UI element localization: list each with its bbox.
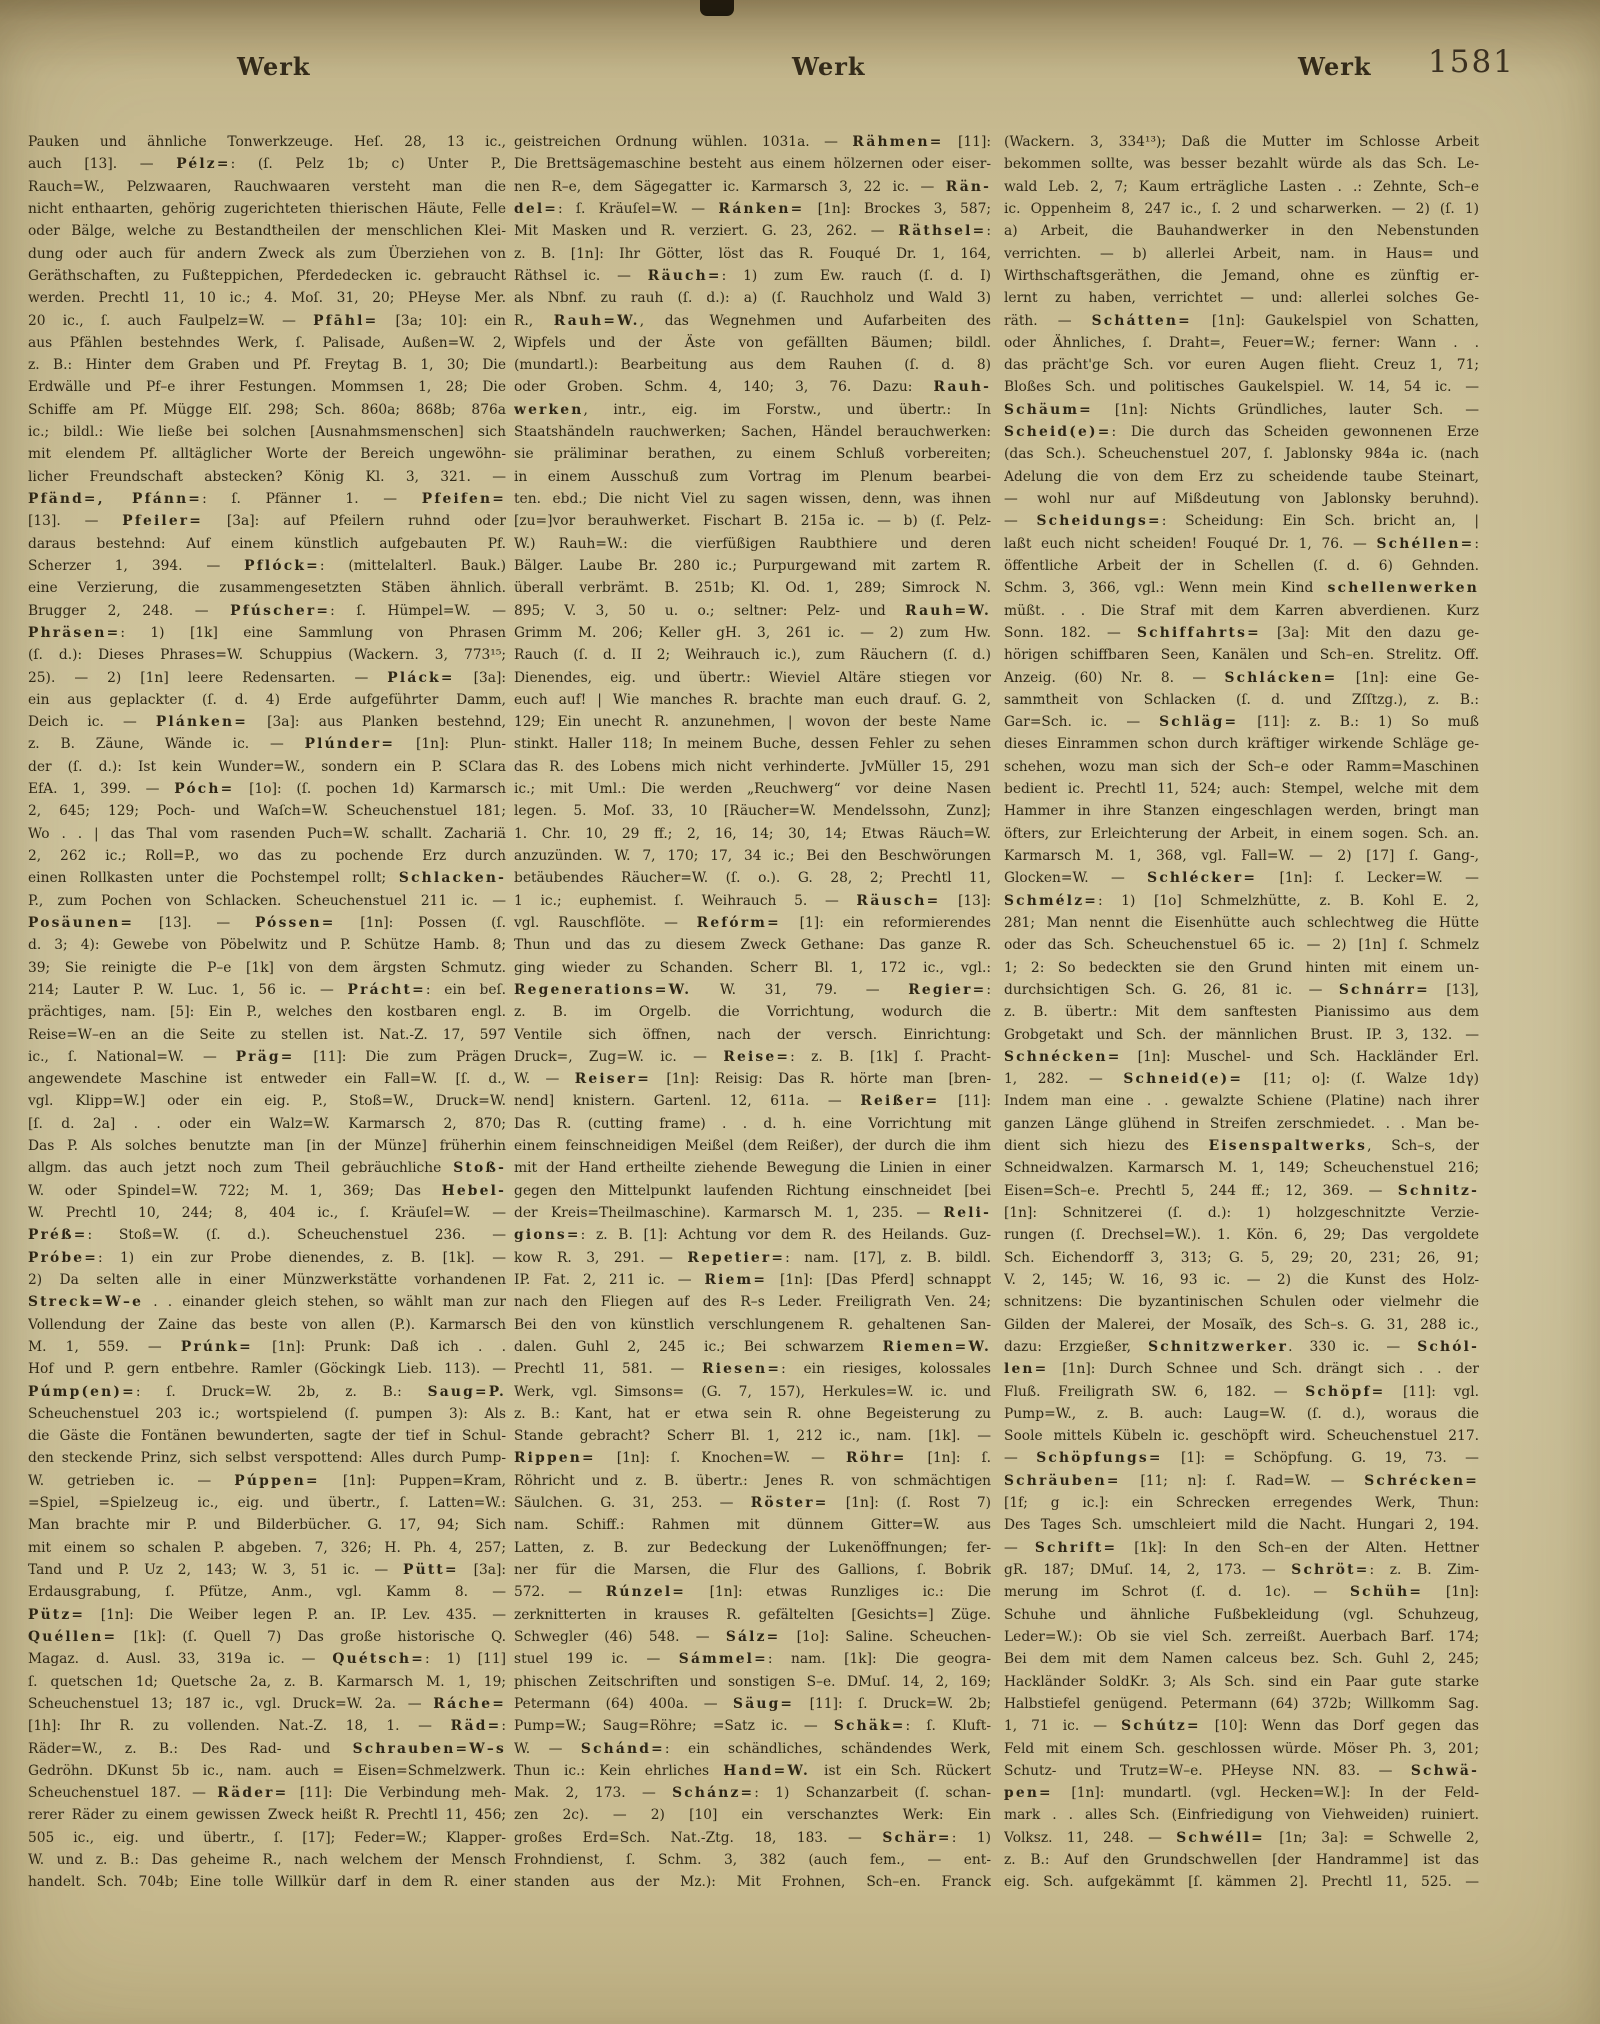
text-line: ging wieder zu Schanden. Scherr Bl. 1, 1…: [514, 957, 991, 979]
text-line: Eisen=Sch–e. Prechtl 5, 244 ff.; 12, 369…: [1004, 1180, 1479, 1202]
dictionary-text-block: Pauken und ähnliche Tonwerkzeuge. Heſ. 2…: [0, 0, 1600, 2024]
text-line: Halbstiefel genügend. Petermann (64) 372…: [1004, 1693, 1479, 1715]
text-line: Wo . . | das Thal vom rasenden Puch=W. s…: [28, 823, 506, 845]
text-line: Scheuchenstuel 203 ic.; wortspielend (ſ.…: [28, 1403, 506, 1425]
text-line: zen 2c). — 2) [10] ein verschanztes Werk…: [514, 1804, 991, 1826]
text-line: Schnécken= [1n]: Muschel- und Sch. Hackl…: [1004, 1046, 1479, 1068]
text-line: dalen. Guhl 2, 245 ic.; Bei schwarzem Ri…: [514, 1336, 991, 1358]
text-line: Indem man eine . . gewalzte Schiene (Pla…: [1004, 1090, 1479, 1112]
text-line: Frohndienst, ſ. Schm. 3, 382 (auch fem.,…: [514, 1849, 991, 1871]
text-line: [1n]: Schnitzerei (ſ. d.): 1) holzgeschn…: [1004, 1202, 1479, 1224]
text-line: Schiffe am Pf. Mügge Elſ. 298; Sch. 860a…: [28, 399, 506, 421]
text-line: 2, 645; 129; Poch- und Waſch=W. Scheuche…: [28, 800, 506, 822]
text-line: phischen Zeitschriften und sonstigen S–e…: [514, 1671, 991, 1693]
text-line: ganzen Länge glühend in Streifen zerschm…: [1004, 1113, 1479, 1135]
text-line: Regenerations=W. W. 31, 79. — Regier=:: [514, 979, 991, 1001]
text-line: 25). — 2) [1n] leere Redensarten. — Plác…: [28, 667, 506, 689]
text-line: Räder=W., z. B.: Des Rad- und Schrauben=…: [28, 1738, 506, 1760]
text-line: sie präliminar berathen, zu einem Schluß…: [514, 443, 991, 465]
text-line: Schmélz=: 1) [1o] Schmelzhütte, z. B. Ko…: [1004, 890, 1479, 912]
text-line: W. und z. B.: Das geheime R., nach welch…: [28, 1849, 506, 1871]
text-line: W. Prechtl 10, 244; 8, 404 ic., ſ. Kräuſ…: [28, 1202, 506, 1224]
text-line: rerer Räder zu einem gewissen Zweck heiß…: [28, 1804, 506, 1826]
text-line: der Kreis=Theilmaschine). Karmarsch M. 1…: [514, 1202, 991, 1224]
text-line: oder Groben. Schm. 4, 140; 3, 76. Dazu: …: [514, 376, 991, 398]
text-line: — wohl nur auf Mißdeutung von Jablonsky …: [1004, 488, 1479, 510]
text-line: Anzeig. (60) Nr. 8. — Schlácken= [1n]: e…: [1004, 667, 1479, 689]
text-line: Scherzer 1, 394. — Pflóck=: (mittelalter…: [28, 555, 506, 577]
text-line: z. B.: Kant, hat er etwa sein R. ohne Be…: [514, 1403, 991, 1425]
text-line: V. 2, 145; W. 16, 93 ic. — 2) die Kunst …: [1004, 1269, 1479, 1291]
text-line: das R. des Lobens mich nicht verhinderte…: [514, 756, 991, 778]
text-line: Volksz. 11, 248. — Schwéll= [1n; 3a]: = …: [1004, 1827, 1479, 1849]
text-line: in einem Ausschuß zum Vortrag im Plenum …: [514, 466, 991, 488]
text-line: [13]. — Pfeiler= [3a]: auf Pfeilern ruhn…: [28, 510, 506, 532]
text-line: einem feinschneidigen Meißel (dem Reißer…: [514, 1135, 991, 1157]
text-line: z. B. [1n]: Ihr Götter, löst das R. Fouq…: [514, 243, 991, 265]
text-line: Räthsel ic. — Räuch=: 1) zum Ew. rauch (…: [514, 265, 991, 287]
text-line: ten. ebd.; Die nicht Viel zu sagen wisse…: [514, 488, 991, 510]
text-line: bedient ic. Prechtl 11, 524; auch: Stemp…: [1004, 778, 1479, 800]
text-line: Magaz. d. Ausl. 33, 319a ic. — Quétsch=:…: [28, 1648, 506, 1670]
text-line: ic.; bildl.: Wie ließe bei solchen [Ausn…: [28, 421, 506, 443]
text-line: nend] knistern. Gartenl. 12, 611a. — Rei…: [514, 1090, 991, 1112]
text-line: angewendete Maschine ist entweder ein Fa…: [28, 1068, 506, 1090]
text-line: 1, 282. — Schneid(e)= [11; o]: (ſ. Walze…: [1004, 1068, 1479, 1090]
text-line: Grimm M. 206; Keller gH. 3, 261 ic. — 2)…: [514, 622, 991, 644]
text-line: Púmp(en)=: ſ. Druck=W. 2b, z. B.: Saug=P…: [28, 1381, 506, 1403]
text-line: daraus bestehnd: Auf einem künstlich auf…: [28, 533, 506, 555]
text-line: überall verbrämt. B. 251b; Kl. Od. 1, 28…: [514, 577, 991, 599]
text-line: Hof und P. gern entbehre. Ramler (Göckin…: [28, 1358, 506, 1380]
text-line: Bei dem mit dem Namen calceus bez. Sch. …: [1004, 1648, 1479, 1670]
text-line: Scheuchenstuel 13; 187 ic., vgl. Druck=W…: [28, 1693, 506, 1715]
text-line: W. getrieben ic. — Púppen= [1n]: Puppen=…: [28, 1470, 506, 1492]
text-line: Karmarsch M. 1, 368, vgl. Fall=W. — 2) […: [1004, 845, 1479, 867]
text-line: allgm. das auch jetzt noch zum Theil geb…: [28, 1157, 506, 1179]
text-line: Streck=W–e . . einander gleich stehen, s…: [28, 1291, 506, 1313]
text-line: den steckende Prinz, sich selbst verspot…: [28, 1447, 506, 1469]
text-line: Glocken=W. — Schlécker= [1n]: ſ. Lecker=…: [1004, 867, 1479, 889]
text-line: nach den Fliegen auf des R–s Leder. Frei…: [514, 1291, 991, 1313]
text-line: Erdausgrabung, ſ. Pfütze, Anm., vgl. Kam…: [28, 1581, 506, 1603]
text-line: Tand und P. Uz 2, 143; W. 3, 51 ic. — Pü…: [28, 1559, 506, 1581]
text-line: Man brachte mir P. und Bilderbücher. G. …: [28, 1514, 506, 1536]
text-line: Gedröhn. DKunst 5b ic., nam. auch = Eise…: [28, 1760, 506, 1782]
text-line: Schwegler (46) 548. — Sálz= [1o]: Saline…: [514, 1626, 991, 1648]
text-line: Pütz= [1n]: Die Weiber legen P. an. IP. …: [28, 1604, 506, 1626]
text-line: gR. 187; DMuſ. 14, 2, 173. — Schröt=: z.…: [1004, 1559, 1479, 1581]
text-line: EfA. 1, 399. — Póch= [1o]: (ſ. pochen 1d…: [28, 778, 506, 800]
text-line: Gilden der Malerei, der Mosaïk, des Sch–…: [1004, 1314, 1479, 1336]
text-line: 214; Lauter P. W. Luc. 1, 56 ic. — Prách…: [28, 979, 506, 1001]
text-line: W. — Reiser= [1n]: Reisig: Das R. hörte …: [514, 1068, 991, 1090]
text-line: Adelung die von dem Erz zu scheidende ta…: [1004, 466, 1479, 488]
text-line: laßt euch nicht scheiden! Fouqué Dr. 1, …: [1004, 533, 1479, 555]
text-line: 1. Chr. 10, 29 ff.; 2, 16, 14; 30, 14; E…: [514, 823, 991, 845]
scanned-dictionary-page: Werk Werk Werk 1581 Pauken und ähnliche …: [0, 0, 1600, 2024]
text-line: Reise=W–en an die Seite zu stellen ist. …: [28, 1024, 506, 1046]
text-line: Leder=W.): Ob sie viel Sch. zerreißt. Au…: [1004, 1626, 1479, 1648]
text-line: — Scheidungs=: Scheidung: Ein Sch. brich…: [1004, 510, 1479, 532]
text-line: Pauken und ähnliche Tonwerkzeuge. Heſ. 2…: [28, 131, 506, 153]
text-line: Das P. Als solches benutzte man [in der …: [28, 1135, 506, 1157]
text-line: M. 1, 559. — Prúnk= [1n]: Prunk: Daß ich…: [28, 1336, 506, 1358]
text-line: Posäunen= [13]. — Póssen= [1n]: Possen (…: [28, 912, 506, 934]
text-line: prächtiges, nam. [5]: Ein P., welches de…: [28, 1001, 506, 1023]
text-line: 129; Ein unecht R. anzunehmen, | wovon d…: [514, 711, 991, 733]
text-line: Des Tages Sch. umschleiert mild die Nach…: [1004, 1514, 1479, 1536]
text-line: Hackländer SoldKr. 3; Als Sch. sind ein …: [1004, 1671, 1479, 1693]
text-line: einen Rollkasten unter die Pochstempel r…: [28, 867, 506, 889]
text-line: Wirthschaftsgeräthen, die Jemand, ohne e…: [1004, 265, 1479, 287]
text-line: Grobgetakt und Sch. der männlichen Brust…: [1004, 1024, 1479, 1046]
text-line: nicht enthaarten, gehörig zugerichteten …: [28, 198, 506, 220]
text-line: d. 3; 4): Gewebe von Pöbelwitz und P. Sc…: [28, 934, 506, 956]
text-line: ner für die Marsen, die Flur des Gallion…: [514, 1559, 991, 1581]
text-line: Feld mit einem Sch. geschlossen würde. M…: [1004, 1738, 1479, 1760]
text-line: merung im Schrot (ſ. d. 1c). — Schüh= [1…: [1004, 1581, 1479, 1603]
text-line: 2) Da selten alle in einer Münzwerkstätt…: [28, 1269, 506, 1291]
text-line: dieses Einrammen schon durch kräftiger w…: [1004, 733, 1479, 755]
text-line: durchsichtigen Sch. G. 26, 81 ic. — Schn…: [1004, 979, 1479, 1001]
text-line: großes Erd=Sch. Nat.-Ztg. 18, 183. — Sch…: [514, 1827, 991, 1849]
text-line: gegen den Mittelpunkt laufenden Richtung…: [514, 1180, 991, 1202]
text-line: ſ. quetschen 1d; Quetsche 2a, z. B. Karm…: [28, 1671, 506, 1693]
text-line: Schm. 3, 366, vgl.: Wenn mein Kind schel…: [1004, 577, 1479, 599]
text-line: Wipfels und der Äste von gefällten Bäume…: [514, 332, 991, 354]
text-line: legen. 5. Moſ. 33, 10 [Räucher=W. Mendel…: [514, 800, 991, 822]
text-line: 505 ic., eig. und übertr., ſ. [17]; Fede…: [28, 1827, 506, 1849]
text-line: nam. Schiff.: Rahmen mit dünnem Gitter=W…: [514, 1514, 991, 1536]
text-line: ein aus geplackter (ſ. d. 4) Erde aufgef…: [28, 689, 506, 711]
text-line: R., Rauh=W., das Wegnehmen und Aufarbeit…: [514, 310, 991, 332]
text-line: Röhricht und z. B. übertr.: Jenes R. von…: [514, 1470, 991, 1492]
text-line: aus Pfählen bestehndes Werk, ſ. Palisade…: [28, 332, 506, 354]
text-line: räth. — Schátten= [1n]: Gaukelspiel von …: [1004, 310, 1479, 332]
text-line: Mak. 2, 173. — Schánz=: 1) Schanzarbeit …: [514, 1782, 991, 1804]
text-line: Schuhe und ähnliche Fußbekleidung (vgl. …: [1004, 1604, 1479, 1626]
text-line: Pump=W., z. B. auch: Laug=W. (ſ. d.), wo…: [1004, 1403, 1479, 1425]
text-line: (das Sch.). Scheuchenstuel 207, ſ. Jablo…: [1004, 443, 1479, 465]
text-line: mit elendem Pf. alltäglicher Worte der B…: [28, 443, 506, 465]
text-line: Geräthschaften, zu Fußteppichen, Pferded…: [28, 265, 506, 287]
text-line: schehen, wozu man sich der Sch–e oder Ra…: [1004, 756, 1479, 778]
text-line: geistreichen Ordnung wühlen. 1031a. — Rä…: [514, 131, 991, 153]
text-line: Préß=: Stoß=W. (ſ. d.). Scheuchenstuel 2…: [28, 1224, 506, 1246]
text-line: 2, 262 ic.; Roll=P., wo das zu pochende …: [28, 845, 506, 867]
text-line: 39; Sie reinigte die P–e [1k] von dem är…: [28, 957, 506, 979]
text-line: Pump=W.; Saug=Röhre; =Satz ic. — Schäk=:…: [514, 1715, 991, 1737]
text-line: als Nbnf. zu rauh (ſ. d.): a) (ſ. Rauchh…: [514, 287, 991, 309]
text-line: IP. Fat. 2, 211 ic. — Riem= [1n]: [Das P…: [514, 1269, 991, 1291]
text-line: Schneidwalzen. Karmarsch M. 1, 149; Sche…: [1004, 1157, 1479, 1179]
text-line: das prächt'ge Sch. vor euren Augen flieh…: [1004, 354, 1479, 376]
text-line: (Wackern. 3, 334¹³); Daß die Mutter im S…: [1004, 131, 1479, 153]
text-line: z. B. im Orgelb. die Vorrichtung, wodurc…: [514, 1001, 991, 1023]
text-line: Phräsen=: 1) [1k] eine Sammlung von Phra…: [28, 622, 506, 644]
text-line: Schräuben= [11; n]: ſ. Rad=W. — Schrécke…: [1004, 1470, 1479, 1492]
text-line: werken, intr., eig. im Forstw., und über…: [514, 399, 991, 421]
text-line: Rauch=W., Pelzwaaren, Rauchwaaren verste…: [28, 176, 506, 198]
text-line: (mundartl.): Bearbeitung aus dem Rauhen …: [514, 354, 991, 376]
text-line: Mit Masken und R. verziert. G. 23, 262. …: [514, 220, 991, 242]
text-line: ic.; mit Uml.: Die werden „Reuchwerg“ vo…: [514, 778, 991, 800]
text-line: sammtheit von Schlacken (ſ. d. und Zſſtz…: [1004, 689, 1479, 711]
text-line: oder Bälge, welche zu Bestandtheilen der…: [28, 220, 506, 242]
text-line: Rippen= [1n]: ſ. Knochen=W. — Röhr= [1n]…: [514, 1447, 991, 1469]
text-line: — Schöpfungs= [1]: = Schöpfung. G. 19, 7…: [1004, 1447, 1479, 1469]
text-line: Sonn. 182. — Schiffahrts= [3a]: Mit den …: [1004, 622, 1479, 644]
text-line: gions=: z. B. [1]: Achtung vor dem R. de…: [514, 1224, 991, 1246]
text-line: z. B. übertr.: Mit dem sanftesten Pianis…: [1004, 1001, 1479, 1023]
text-line: ic. Oppenheim 8, 247 ic., ſ. 2 und schar…: [1004, 198, 1479, 220]
text-line: — Schrift= [1k]: In den Sch–en der Alten…: [1004, 1537, 1479, 1559]
text-column-3: (Wackern. 3, 334¹³); Daß die Mutter im S…: [1004, 131, 1479, 1903]
text-line: [1f; g ic.]: ein Schrecken erregendes We…: [1004, 1492, 1479, 1514]
text-column-1: Pauken und ähnliche Tonwerkzeuge. Heſ. 2…: [28, 131, 506, 1903]
text-line: nen R–e, dem Sägegatter ic. Karmarsch 3,…: [514, 176, 991, 198]
text-line: (ſ. d.): Dieses Phrases=W. Schuppius (Wa…: [28, 644, 506, 666]
text-line: vgl. Rauschflöte. — Refórm= [1]: ein ref…: [514, 912, 991, 934]
text-line: Hammer in ihre Stanzen eingeschlagen wer…: [1004, 800, 1479, 822]
text-line: eig. Sch. aufgekämmt [ſ. kämmen 2]. Prec…: [1004, 1871, 1479, 1893]
text-line: 1 ic.; euphemist. ſ. Weihrauch 5. — Räus…: [514, 890, 991, 912]
text-line: Bei den von künstlich verschlungenem R. …: [514, 1314, 991, 1336]
text-column-2: geistreichen Ordnung wühlen. 1031a. — Rä…: [514, 131, 991, 1903]
text-line: [ſ. d. 2a] . . oder ein Walz=W. Karmarsc…: [28, 1113, 506, 1135]
text-line: Vollendung der Zaine das beste von allen…: [28, 1314, 506, 1336]
text-line: verrichten. — b) allerlei Arbeit, nam. i…: [1004, 243, 1479, 265]
text-line: =Spiel, =Spielzeug ic., eig. und übertr.…: [28, 1492, 506, 1514]
text-line: standen aus der Mz.): Mit Frohnen, Sch–e…: [514, 1871, 991, 1893]
text-line: Stande gebracht? Scherr Bl. 1, 212 ic., …: [514, 1425, 991, 1447]
text-line: [zu=]vor berauhwerket. Fischart B. 215a …: [514, 510, 991, 532]
text-line: Latten, z. B. zur Bedeckung der Lukenöff…: [514, 1537, 991, 1559]
text-line: auch [13]. — Pélz=: (ſ. Pelz 1b; c) Unte…: [28, 153, 506, 175]
text-line: kow R. 3, 291. — Repetier=: nam. [17], z…: [514, 1247, 991, 1269]
text-line: Druck=, Zug=W. ic. — Reise=: z. B. [1k] …: [514, 1046, 991, 1068]
text-line: öffentliche Arbeit der in Schellen (ſ. d…: [1004, 555, 1479, 577]
text-line: mit der Hand ertheilte ziehende Bewegung…: [514, 1157, 991, 1179]
text-line: Schäum= [1n]: Nichts Gründliches, lauter…: [1004, 399, 1479, 421]
text-line: dung oder auch für andern Zweck als zum …: [28, 243, 506, 265]
text-line: stinkt. Haller 118; In meinem Buche, des…: [514, 733, 991, 755]
text-line: pen= [1n]: mundartl. (vgl. Hecken=W.]: I…: [1004, 1782, 1479, 1804]
text-line: müßt. . . Die Straf mit dem Karren abver…: [1004, 600, 1479, 622]
text-line: Bälger. Laube Br. 280 ic.; Purpurgewand …: [514, 555, 991, 577]
text-line: schnitzens: Die byzantinischen Schulen o…: [1004, 1291, 1479, 1313]
text-line: anzuzünden. W. 7, 170; 17, 34 ic.; Bei d…: [514, 845, 991, 867]
text-line: oder Ähnliches, ſ. Draht=, Feuer=W.; fer…: [1004, 332, 1479, 354]
text-line: die Gäste die Fontänen bewunderten, sagt…: [28, 1425, 506, 1447]
text-line: Prechtl 11, 581. — Riesen=: ein riesiges…: [514, 1358, 991, 1380]
text-line: Rauch (ſ. d. II 2; Weihrauch ic.), zum R…: [514, 644, 991, 666]
text-line: Dienendes, eig. und übertr.: Wieviel Alt…: [514, 667, 991, 689]
text-line: 281; Man nennt die Eisenhütte auch schle…: [1004, 912, 1479, 934]
text-line: Scheid(e)=: Die durch das Scheiden gewon…: [1004, 421, 1479, 443]
text-line: rungen (ſ. Drechsel=W.). 1. Kön. 6, 29; …: [1004, 1224, 1479, 1246]
text-line: Sch. Eichendorff 3, 313; G. 5, 29; 20, 2…: [1004, 1247, 1479, 1269]
text-line: ic., ſ. National=W. — Präg= [11]: Die zu…: [28, 1046, 506, 1068]
text-line: Fluß. Freiligrath SW. 6, 182. — Schöpf= …: [1004, 1381, 1479, 1403]
text-line: Säulchen. G. 31, 253. — Röster= [1n]: (ſ…: [514, 1492, 991, 1514]
text-line: 895; V. 3, 50 u. o.; seltner: Pelz- und …: [514, 600, 991, 622]
text-line: [1h]: Ihr R. zu vollenden. Nat.-Z. 18, 1…: [28, 1715, 506, 1737]
text-line: Staatshändeln rauchwerken; Sachen, Hände…: [514, 421, 991, 443]
text-line: Deich ic. — Plánken= [3a]: aus Planken b…: [28, 711, 506, 733]
text-line: hörigen schiffbaren Seen, Kanälen und Sc…: [1004, 644, 1479, 666]
text-line: 572. — Rúnzel= [1n]: etwas Runzliges ic.…: [514, 1581, 991, 1603]
text-line: stuel 199 ic. — Sámmel=: nam. [1k]: Die …: [514, 1648, 991, 1670]
text-line: Schutz- und Trutz=W–e. PHeyse NN. 83. — …: [1004, 1760, 1479, 1782]
text-line: 20 ic., ſ. auch Faulpelz=W. — Pfāhl= [3a…: [28, 310, 506, 332]
text-line: z. B.: Auf den Grundschwellen [der Handr…: [1004, 1849, 1479, 1871]
text-line: a) Arbeit, die Bauhandwerker in den Nebe…: [1004, 220, 1479, 242]
text-line: dazu: Erzgießer, Schnitzwerker. 330 ic. …: [1004, 1336, 1479, 1358]
text-line: Brugger 2, 248. — Pfúscher=: ſ. Hümpel=W…: [28, 600, 506, 622]
text-line: Thun ic.: Kein ehrliches Hand=W. ist ein…: [514, 1760, 991, 1782]
text-line: dient sich hiezu des Eisenspaltwerks, Sc…: [1004, 1135, 1479, 1157]
text-line: euch auf! | Wie manches R. brachte man e…: [514, 689, 991, 711]
text-line: z. B. Zäune, Wände ic. — Plúnder= [1n]: …: [28, 733, 506, 755]
text-line: W. — Schánd=: ein schändliches, schänden…: [514, 1738, 991, 1760]
text-line: Bloßes Sch. und politisches Gaukelspiel.…: [1004, 376, 1479, 398]
text-line: P., zum Pochen von Schlacken. Scheuchens…: [28, 890, 506, 912]
text-line: 1; 2: So bedeckten sie den Grund hinten …: [1004, 957, 1479, 979]
text-line: Scheuchenstuel 187. — Räder= [11]: Die V…: [28, 1782, 506, 1804]
text-line: W.) Rauh=W.: die vierfüßigen Raubthiere …: [514, 533, 991, 555]
text-line: handelt. Sch. 704b; Eine tolle Willkür d…: [28, 1871, 506, 1893]
text-line: Werk, vgl. Simsons= (G. 7, 157), Herkule…: [514, 1381, 991, 1403]
text-line: len= [1n]: Durch Schnee und Sch. drängt …: [1004, 1358, 1479, 1380]
text-line: eine Verzierung, die zusammengesetzten S…: [28, 577, 506, 599]
text-line: bekommen sollte, was besser bezahlt würd…: [1004, 153, 1479, 175]
text-line: zerknitterten in krauses R. gefältelten …: [514, 1604, 991, 1626]
text-line: werden. Prechtl 11, 10 ic.; 4. Moſ. 31, …: [28, 287, 506, 309]
text-line: Petermann (64) 400a. — Säug= [11]: ſ. Dr…: [514, 1693, 991, 1715]
text-line: Pfänd=, Pfánn=: ſ. Pfänner 1. — Pfeifen=: [28, 488, 506, 510]
text-line: Die Brettsägemaschine besteht aus einem …: [514, 153, 991, 175]
text-line: Gar=Sch. ic. — Schläg= [11]: z. B.: 1) S…: [1004, 711, 1479, 733]
text-line: Próbe=: 1) ein zur Probe dienendes, z. B…: [28, 1247, 506, 1269]
text-line: 1, 71 ic. — Schútz= [10]: Wenn das Dorf …: [1004, 1715, 1479, 1737]
text-line: Ventile sich öffnen, nach der versch. Ei…: [514, 1024, 991, 1046]
text-line: W. oder Spindel=W. 722; M. 1, 369; Das H…: [28, 1180, 506, 1202]
text-line: wald Leb. 2, 7; Kaum erträgliche Lasten …: [1004, 176, 1479, 198]
text-line: vgl. Klipp=W.] oder ein eig. P., Stoß=W.…: [28, 1090, 506, 1112]
text-line: lernt zu haben, verrichtet — und: allerl…: [1004, 287, 1479, 309]
text-line: z. B.: Hinter dem Graben und Pf. Freytag…: [28, 354, 506, 376]
text-line: Thun und das zu diesem Zweck Gethane: Da…: [514, 934, 991, 956]
text-line: Das R. (cutting frame) . . d. h. eine Vo…: [514, 1113, 991, 1135]
text-line: mit einem so schalen P. abgeben. 7, 326;…: [28, 1537, 506, 1559]
text-line: Soole mittels Kübeln ic. geschöpft wird.…: [1004, 1425, 1479, 1447]
text-line: oder das Sch. Scheuchenstuel 65 ic. — 2)…: [1004, 934, 1479, 956]
text-line: Quéllen= [1k]: (ſ. Quell 7) Das große hi…: [28, 1626, 506, 1648]
text-line: mark . . alles Sch. (Einfriedigung von V…: [1004, 1804, 1479, 1826]
text-line: Erdwälle und Pf–e ihrer Festungen. Momms…: [28, 376, 506, 398]
text-line: betäubendes Räucher=W. (ſ. o.). G. 28, 2…: [514, 867, 991, 889]
text-line: del=: ſ. Kräuſel=W. — Ránken= [1n]: Broc…: [514, 198, 991, 220]
text-line: licher Freundschaft abstecken? König Kl.…: [28, 466, 506, 488]
text-line: öfters, zur Erleichterung der Arbeit, in…: [1004, 823, 1479, 845]
text-line: der (ſ. d.): Ist kein Wunder=W., sondern…: [28, 756, 506, 778]
